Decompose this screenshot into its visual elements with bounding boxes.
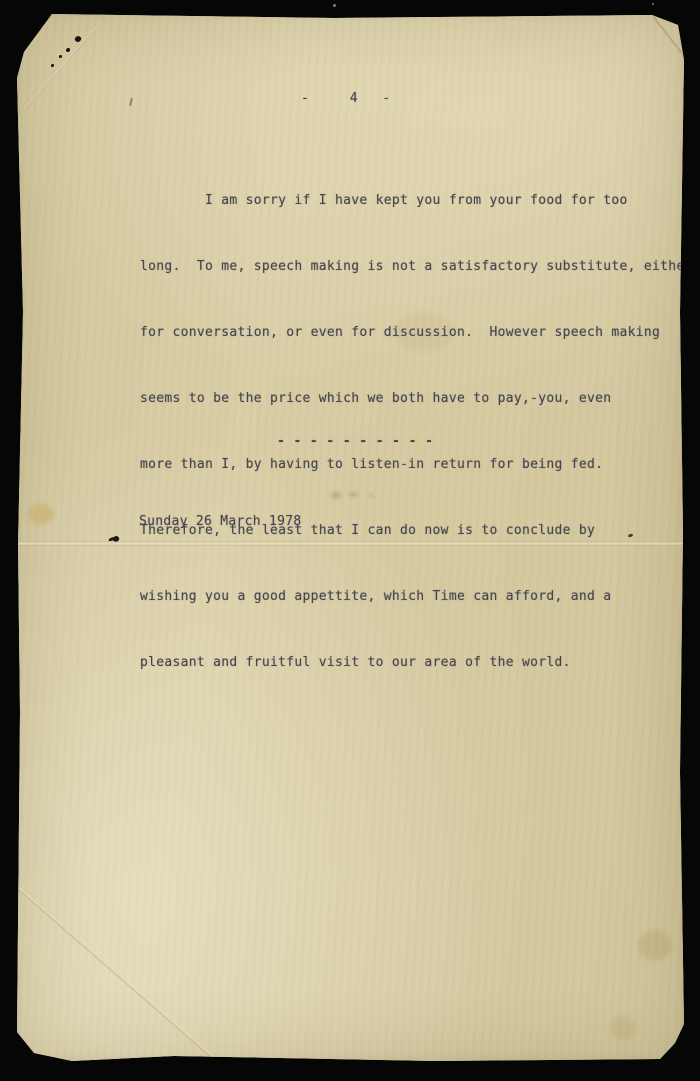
paragraph-line: I am sorry if I have kept you from your …: [140, 190, 693, 212]
diagonal-crease: [18, 888, 215, 1060]
paragraph-line: more than I, by having to listen-in retu…: [140, 454, 693, 476]
stain-bottom-right: [638, 930, 672, 960]
dust-speck: [333, 4, 336, 7]
paragraph-line: seems to be the price which we both have…: [140, 388, 693, 410]
corner-crease: [24, 22, 102, 109]
scanned-page: - 4 - I am sorry if I have kept you from…: [14, 12, 685, 1062]
ink-blot: [74, 35, 82, 43]
stain-bottom-right: [610, 1016, 636, 1040]
stain-yellow: [28, 504, 54, 524]
ink-comma-mark: [112, 535, 120, 543]
page-number-header: - 4 -: [301, 88, 390, 110]
paragraph-line: long. To me, speech making is not a sati…: [140, 256, 693, 278]
pen-tick: [129, 98, 133, 106]
dashed-separator: - - - - - - - - - -: [277, 431, 433, 453]
ink-blot: [59, 55, 62, 58]
scan-background: - 4 - I am sorry if I have kept you from…: [0, 0, 700, 1081]
paragraph-line: for conversation, or even for discussion…: [140, 322, 693, 344]
corner-fold-crease: [652, 16, 682, 53]
date-line: Sunday 26 March 1978: [139, 511, 302, 533]
paragraph-line: pleasant and fruitful visit to our area …: [140, 652, 693, 674]
ink-blot: [51, 64, 54, 67]
paragraph-line: wishing you a good appettite, which Time…: [140, 586, 693, 608]
dust-speck: [652, 3, 654, 5]
ink-blot: [66, 48, 70, 52]
